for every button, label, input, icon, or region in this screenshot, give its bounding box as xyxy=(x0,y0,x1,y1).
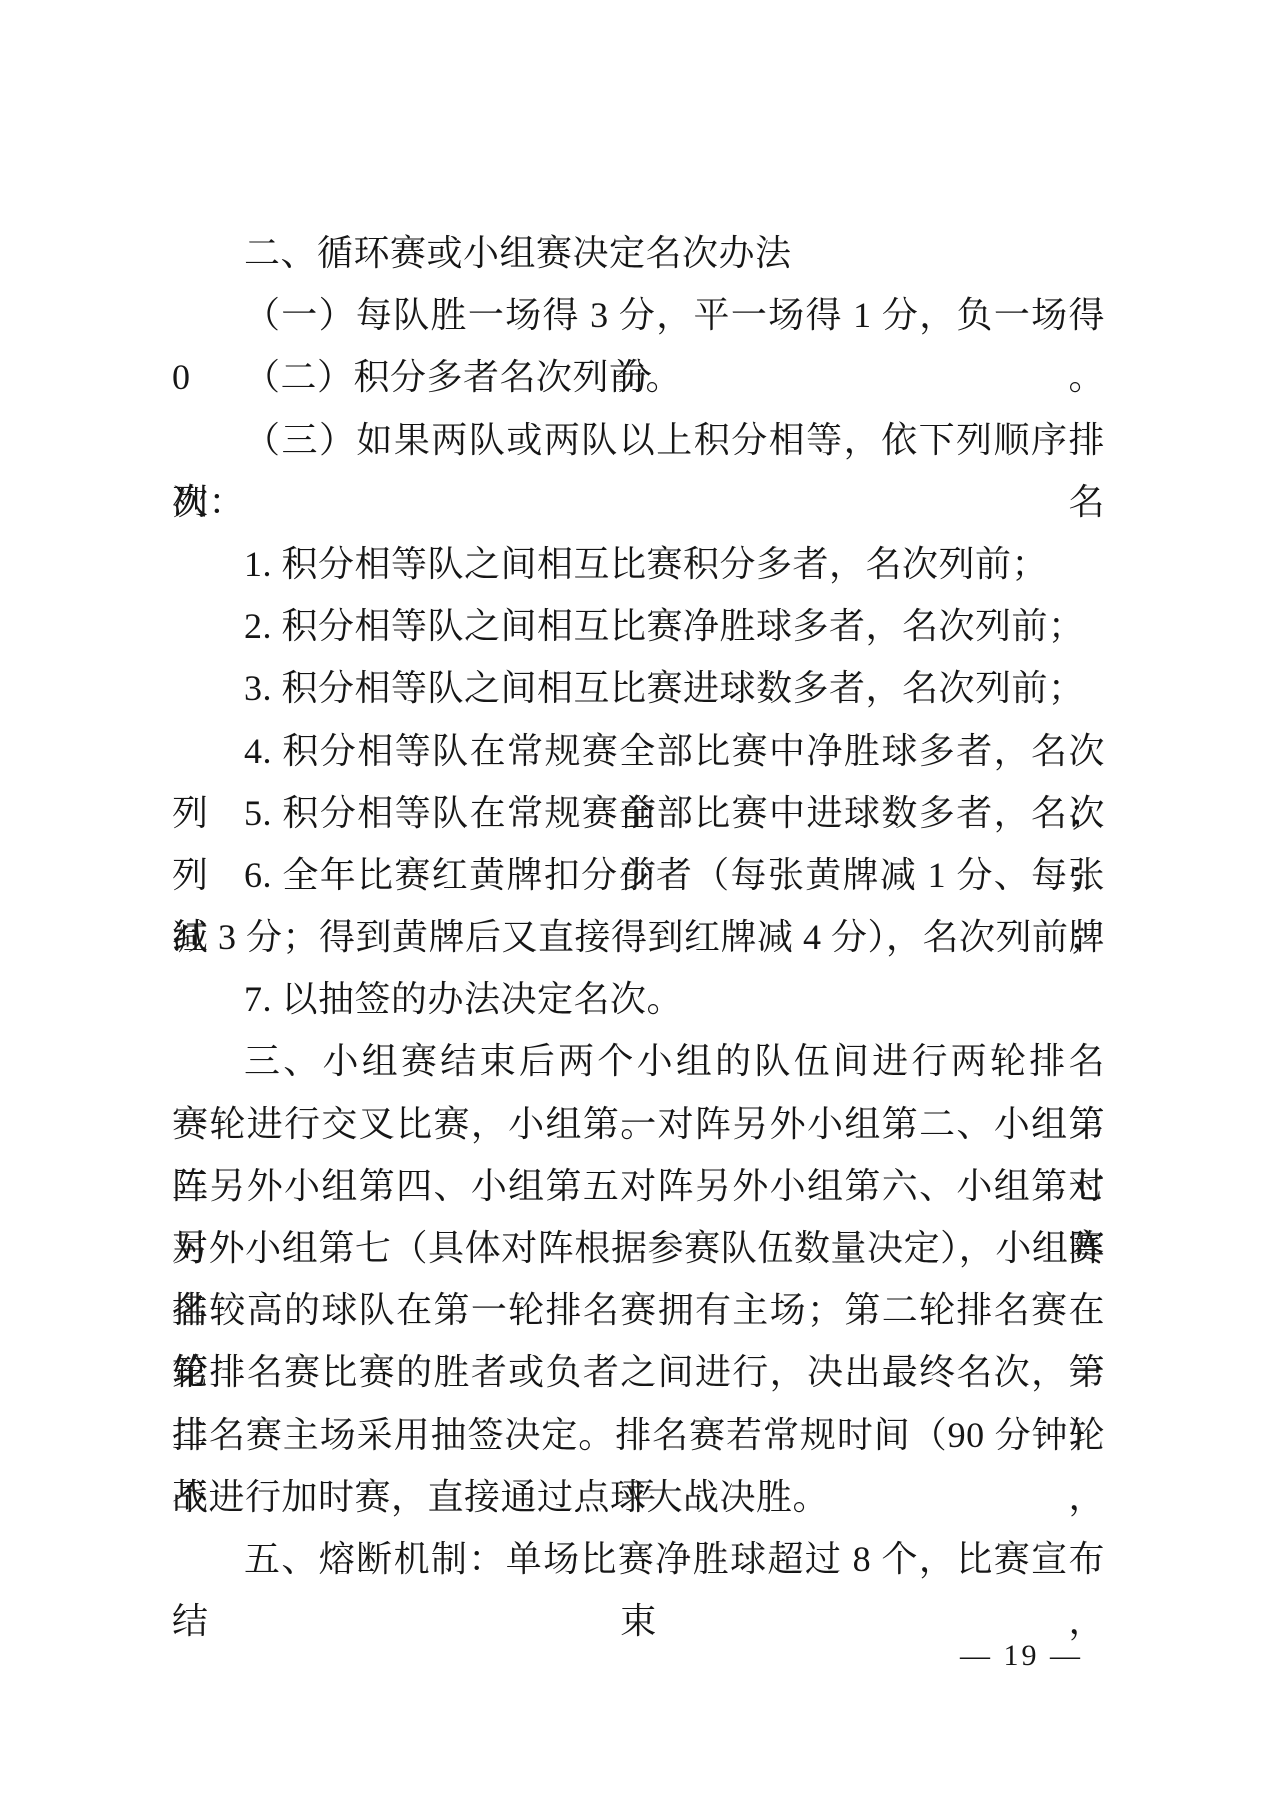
text-line: 一轮进行交叉比赛，小组第一对阵另外小组第二、小组第三对 xyxy=(172,1093,1105,1155)
text-line: （一）每队胜一场得 3 分，平一场得 1 分，负一场得 0 分。 xyxy=(172,284,1105,346)
document-page: 二、循环赛或小组赛决定名次办法（一）每队胜一场得 3 分，平一场得 1 分，负一… xyxy=(0,0,1280,1810)
document-body: 二、循环赛或小组赛决定名次办法（一）每队胜一场得 3 分，平一场得 1 分，负一… xyxy=(172,222,1105,1590)
text-line: 5. 积分相等队在常规赛全部比赛中进球数多者，名次列前； xyxy=(172,782,1105,844)
text-line: 4. 积分相等队在常规赛全部比赛中净胜球多者，名次列前； xyxy=(172,720,1105,782)
text-line: 减 3 分；得到黄牌后又直接得到红牌减 4 分），名次列前； xyxy=(172,906,1105,968)
text-line: 二、循环赛或小组赛决定名次办法 xyxy=(172,222,1105,284)
text-line: 1. 积分相等队之间相互比赛积分多者，名次列前； xyxy=(172,533,1105,595)
text-line: 三、小组赛结束后两个小组的队伍间进行两轮排名赛。第 xyxy=(172,1030,1105,1092)
text-line: 另外小组第七（具体对阵根据参赛队伍数量决定），小组赛排 xyxy=(172,1217,1105,1279)
text-line: 7. 以抽签的办法决定名次。 xyxy=(172,968,1105,1030)
text-line: 排名赛主场采用抽签决定。排名赛若常规时间（90 分钟）战平， xyxy=(172,1404,1105,1466)
text-line: 3. 积分相等队之间相互比赛进球数多者，名次列前； xyxy=(172,657,1105,719)
page-number: — 19 — xyxy=(960,1638,1095,1674)
text-line: 阵另外小组第四、小组第五对阵另外小组第六、小组第七对阵 xyxy=(172,1155,1105,1217)
text-line: 轮排名赛比赛的胜者或负者之间进行，决出最终名次，第二轮 xyxy=(172,1341,1105,1403)
text-line: 名较高的球队在第一轮排名赛拥有主场；第二轮排名赛在第一 xyxy=(172,1279,1105,1341)
text-line: 6. 全年比赛红黄牌扣分少者（每张黄牌减 1 分、每张红牌 xyxy=(172,844,1105,906)
text-line: 2. 积分相等队之间相互比赛净胜球多者，名次列前； xyxy=(172,595,1105,657)
text-line: （三）如果两队或两队以上积分相等，依下列顺序排列名 xyxy=(172,409,1105,471)
text-line: 五、熔断机制：单场比赛净胜球超过 8 个，比赛宣布结束， xyxy=(172,1528,1105,1590)
